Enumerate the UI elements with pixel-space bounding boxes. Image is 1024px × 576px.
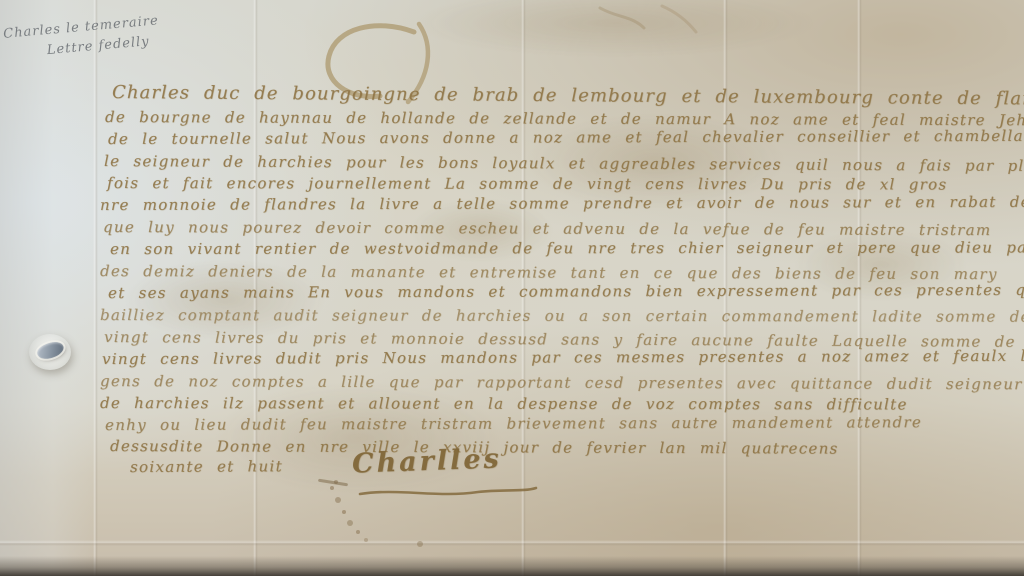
parchment-letter-photo: Charles le temeraire Lettre fedelly Char… <box>0 0 1024 576</box>
letter-line: des demiz deniers de la manante et entre… <box>100 262 998 283</box>
signature: Charlles <box>352 443 503 479</box>
pencil-annotation: Charles le temeraire Lettre fedelly <box>3 11 162 64</box>
letter-line: de bourgne de haynnau de hollande de zel… <box>105 108 1024 129</box>
ink-smudge <box>318 479 348 487</box>
letter-line: le seigneur de harchies pour les bons lo… <box>104 152 1024 175</box>
signature-underline-flourish <box>358 484 538 500</box>
letter-line: gens de noz comptes a lille que par rapp… <box>100 372 1023 393</box>
fold-crease-horizontal <box>0 540 1024 546</box>
stray-ink-marks <box>592 2 702 36</box>
letter-line: que luy nous pourez devoir comme escheu … <box>103 218 991 239</box>
letter-line: et ses ayans mains En vous mandons et co… <box>108 281 1024 302</box>
left-edge-shading <box>0 0 96 576</box>
letter-line: en son vivant rentier de westvoidmande d… <box>110 238 1024 258</box>
letter-line: enhy ou lieu dudit feu maistre tristram … <box>105 413 922 434</box>
letter-line: soixante et huit <box>130 457 283 476</box>
letter-line: vingt cens livres dudit pris Nous mandon… <box>102 347 1024 368</box>
letter-line: de le tournelle salut Nous avons donne a… <box>108 127 1024 148</box>
letter-line: fois et fait encores journellement La so… <box>107 174 947 193</box>
letter-line: nre monnoie de flandres la livre a telle… <box>100 193 1024 214</box>
letter-line: de harchies ilz passent et allouent en l… <box>100 394 908 413</box>
letter-line: bailliez comptant audit seigneur de harc… <box>100 306 1024 326</box>
letter-line: Charles duc de bourgoingne de brab de le… <box>112 82 1024 110</box>
fold-crease-vertical <box>93 0 98 576</box>
bottom-edge-shadow <box>0 556 1024 576</box>
